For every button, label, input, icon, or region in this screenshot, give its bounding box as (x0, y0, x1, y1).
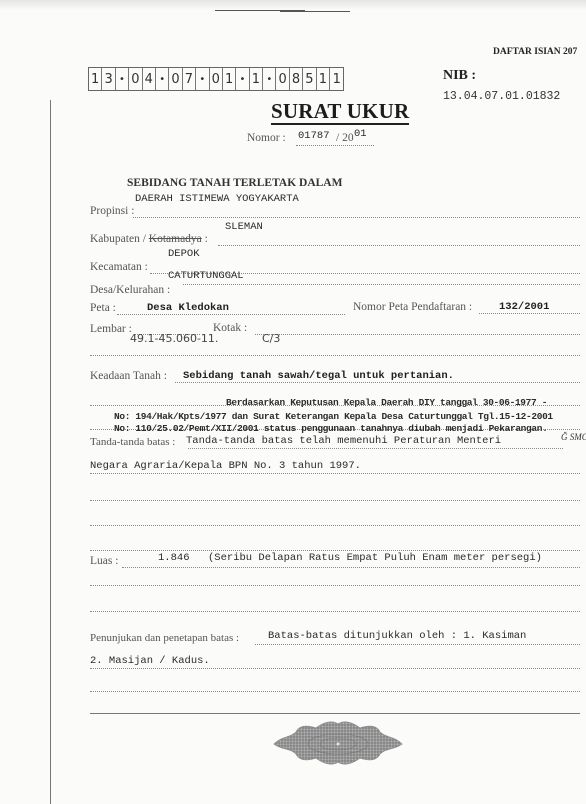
kecamatan-value: DEPOK (168, 248, 200, 260)
id-cell: 1 (223, 68, 236, 90)
form-code: DAFTAR ISIAN 207 (493, 47, 577, 57)
dotted-line (90, 584, 580, 586)
stamp-line-2: No: 194/Hak/Kpts/1977 dan Surat Keterang… (114, 411, 553, 422)
id-cell: 1 (89, 68, 102, 90)
id-cell: • (156, 68, 169, 90)
dotted-line (183, 283, 580, 285)
dotted-line (90, 354, 580, 356)
id-cell: 1 (250, 68, 263, 90)
dotted-line (90, 524, 580, 526)
kotamadya-struck: Kotamadya (149, 233, 202, 245)
dotted-line (188, 447, 563, 449)
id-cell: 1 (330, 68, 343, 90)
propinsi-label: Propinsi : (90, 205, 134, 217)
section-heading: SEBIDANG TANAH TERLETAK DALAM (127, 177, 342, 189)
dotted-line (218, 244, 580, 246)
id-cell: 0 (129, 68, 142, 90)
nomor-peta-label: Nomor Peta Pendaftaran : (353, 301, 472, 313)
id-cell: 3 (102, 68, 115, 90)
parcel-id-boxes: 13•04•07•01•1•08511 (88, 67, 344, 91)
id-cell: 4 (143, 68, 156, 90)
dotted-line (133, 216, 580, 218)
kabupaten-label: Kabupaten / Kotamadya : (90, 233, 208, 245)
kabupaten-value: SLEMAN (225, 221, 263, 233)
page-title: SURAT UKUR (271, 100, 409, 125)
nomor-value: 01787 (298, 130, 330, 142)
peta-value: Desa Kledokan (147, 302, 229, 314)
kecamatan-label: Kecamatan : (90, 261, 148, 273)
luas-value: 1.846 (158, 552, 190, 564)
id-cell: 0 (210, 68, 223, 90)
dotted-line (255, 643, 580, 645)
page-margin-line (50, 100, 51, 804)
stamp-line-3: No: 110/25.02/Pemt/XII/2001 status pengg… (114, 423, 547, 434)
kabupaten-label-colon: : (202, 233, 208, 245)
dotted-line (122, 566, 580, 568)
desa-value: CATURTUNGGAL (168, 270, 244, 282)
lembar-label: Lembar : (90, 323, 132, 335)
dotted-line (90, 667, 580, 669)
nomor-peta-value: 132/2001 (499, 301, 549, 313)
nomor-label: Nomor : (247, 132, 286, 144)
kabupaten-label-text: Kabupaten / (90, 233, 149, 245)
paraf-initials: Ğ SMG (561, 432, 586, 442)
dotted-line (90, 472, 580, 474)
lembar-value: 49.1-45.060-11. (130, 332, 218, 345)
propinsi-value: DAERAH ISTIMEWA YOGYAKARTA (135, 193, 299, 205)
id-cell: 5 (303, 68, 316, 90)
section-divider (90, 713, 580, 714)
nib-label: NIB : (443, 68, 476, 84)
keadaan-label: Keadaan Tanah : (90, 370, 167, 382)
id-cell: • (116, 68, 129, 90)
dotted-line (90, 499, 580, 501)
nomor-year-suffix: 01 (354, 128, 367, 140)
dotted-line (90, 549, 580, 551)
tanda-value-2: Negara Agraria/Kepala BPN No. 3 tahun 19… (90, 460, 361, 472)
nomor-year-prefix: / 20 (336, 132, 354, 144)
dotted-line (255, 333, 580, 335)
penunjukan-value-2: 2. Masijan / Kadus. (90, 655, 210, 667)
guilloche-rosette-icon (272, 718, 404, 766)
tanda-label: Tanda-tanda batas : (90, 436, 175, 448)
nib-value: 13.04.07.01.01832 (443, 90, 560, 103)
id-cell: • (263, 68, 276, 90)
tanda-value-1: Tanda-tanda batas telah memenuhi Peratur… (186, 435, 501, 447)
id-cell: • (236, 68, 249, 90)
id-cell: 8 (290, 68, 303, 90)
id-cell: 0 (276, 68, 289, 90)
scan-edge-shading (0, 0, 586, 10)
dotted-line (90, 690, 580, 692)
id-cell: 7 (183, 68, 196, 90)
stamp-line-1: Berdasarkan Keputusan Kepala Daerah DIY … (226, 397, 547, 408)
id-cell: • (196, 68, 209, 90)
penunjukan-value-1: Batas-batas ditunjukkan oleh : 1. Kasima… (268, 630, 526, 642)
dotted-line (296, 144, 374, 146)
peta-label: Peta : (90, 302, 116, 314)
id-cell: 1 (317, 68, 330, 90)
kotak-value: C/3 (262, 332, 280, 345)
dotted-line (90, 610, 580, 612)
luas-label: Luas : (90, 555, 118, 567)
keadaan-value: Sebidang tanah sawah/tegal untuk pertani… (183, 370, 454, 382)
scan-edge-line (280, 11, 350, 12)
luas-words: (Seribu Delapan Ratus Empat Puluh Enam m… (208, 552, 542, 564)
penunjukan-label: Penunjukan dan penetapan batas : (90, 632, 239, 644)
desa-label: Desa/Kelurahan : (90, 284, 170, 296)
id-cell: 0 (169, 68, 182, 90)
